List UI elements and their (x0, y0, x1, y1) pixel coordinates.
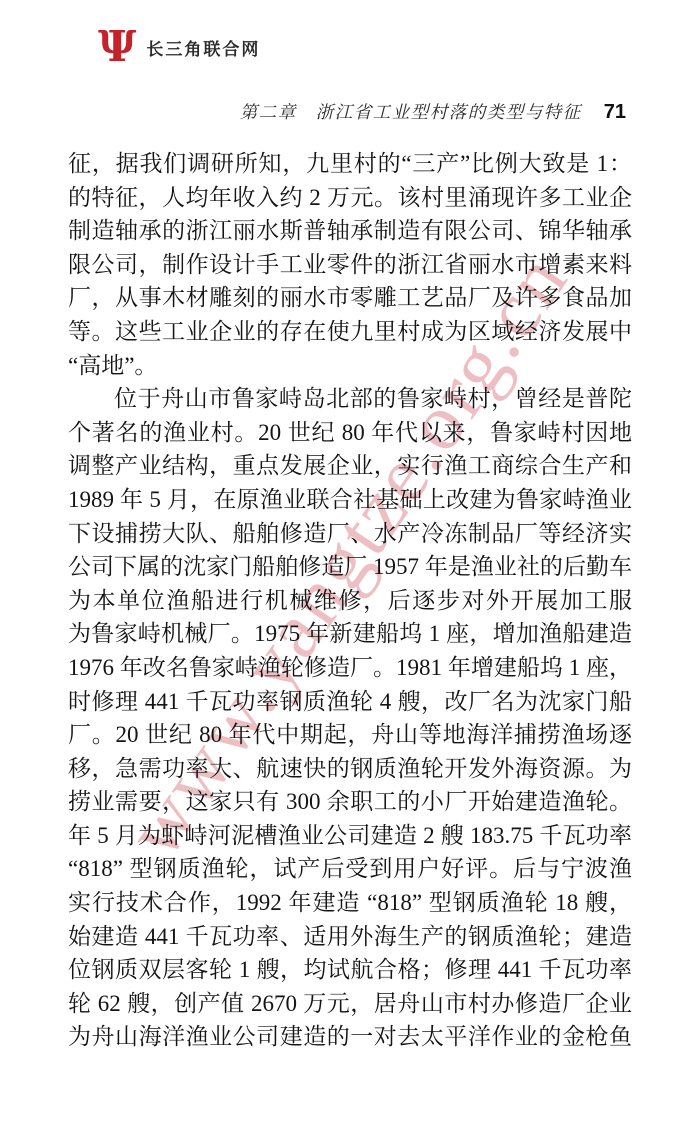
text-line: 限公司，制作设计手工业零件的浙江省丽水市增素来料加工 (68, 248, 632, 282)
text-line: 个著名的渔业村。20 世纪 80 年代以来，鲁家峙村因地制宜， (68, 416, 632, 450)
text-line: 捞业需要，这家只有 300 余职工的小厂开始建造渔轮。1991 (68, 785, 632, 819)
text-line: 1989 年 5 月，在原渔业联合社基础上改建为鲁家峙渔业公司， (68, 483, 632, 517)
text-line: 1976 年改名鲁家峙渔轮修造厂。1981 年增建船坞 1 座，可同 (68, 651, 632, 685)
chapter-title: 第二章 浙江省工业型村落的类型与特征 (240, 99, 582, 124)
publisher-logo: Ψ 长三角联合网 (98, 26, 260, 68)
text-line: 始建造 441 千瓦功率、适用外海生产的钢质渔轮；建造 100 客 (68, 920, 632, 954)
text-line: 调整产业结构，重点发展企业，实行渔工商综合生产和经营。 (68, 449, 632, 483)
psi-mark-icon: Ψ (98, 26, 136, 68)
text-line: 实行技术合作，1992 年建造 “818” 型钢质渔轮 18 艘，并开 (68, 886, 632, 920)
text-line: 时修理 441 千瓦功率钢质渔轮 4 艘，改厂名为沈家门船舶修造 (68, 685, 632, 719)
text-line: 的特征，人均年收入约 2 万元。该村里涌现许多工业企业，如 (68, 181, 632, 215)
text-line: 为鲁家峙机械厂。1975 年新建船坞 1 座，增加渔船建造业务。 (68, 617, 632, 651)
text-line: 征，据我们调研所知，九里村的“三产”比例大致是 1：3：1 (68, 147, 632, 181)
publisher-logo-label: 长三角联合网 (146, 35, 260, 60)
text-line: 制造轴承的浙江丽水斯普轴承制造有限公司、锦华轴承制造有 (68, 214, 632, 248)
text-line: 移，急需功率大、航速快的钢质渔轮开发外海资源。为适应捕 (68, 752, 632, 786)
text-line: 下设捕捞大队、船舶修造厂、水产冷冻制品厂等经济实体。该 (68, 517, 632, 551)
text-line: 为本单位渔船进行机械维修，后逐步对外开展加工服务，定名 (68, 584, 632, 618)
text-line: 位于舟山市鲁家峙岛北部的鲁家峙村，曾经是普陀县的一 (68, 382, 632, 416)
text-line: 公司下属的沈家门船舶修造厂 1957 年是渔业社的后勤车间， (68, 550, 632, 584)
text-line: “高地”。 (68, 349, 632, 383)
running-head: 第二章 浙江省工业型村落的类型与特征 71 (240, 99, 626, 124)
text-line: 等。这些工业企业的存在使九里村成为区域经济发展中的 (68, 315, 632, 349)
text-line: 厂。20 世纪 80 年代中期起，舟山等地海洋捕捞渔场逐渐外 (68, 718, 632, 752)
text-line: 厂，从事木材雕刻的丽水市零雕工艺品厂及许多食品加工厂 (68, 281, 632, 315)
page-number: 71 (604, 101, 626, 124)
text-line: 年 5 月为虾峙河泥槽渔业公司建造 2 艘 183.75 千瓦功率 (68, 819, 632, 853)
text-line: 位钢质双层客轮 1 艘，均试航合格；修理 441 千瓦功率钢质渔 (68, 953, 632, 987)
text-line: “818” 型钢质渔轮，试产后受到用户好评。后与宁波渔轮厂 (68, 852, 632, 886)
body-text: 征，据我们调研所知，九里村的“三产”比例大致是 1：3：1的特征，人均年收入约 … (68, 147, 632, 1054)
text-line: 轮 62 艘，创产值 2670 万元，居舟山市村办修造厂企业首位。 (68, 987, 632, 1021)
text-line: 为舟山海洋渔业公司建造的一对去太平洋作业的金枪鱼钓船和 (68, 1020, 632, 1054)
